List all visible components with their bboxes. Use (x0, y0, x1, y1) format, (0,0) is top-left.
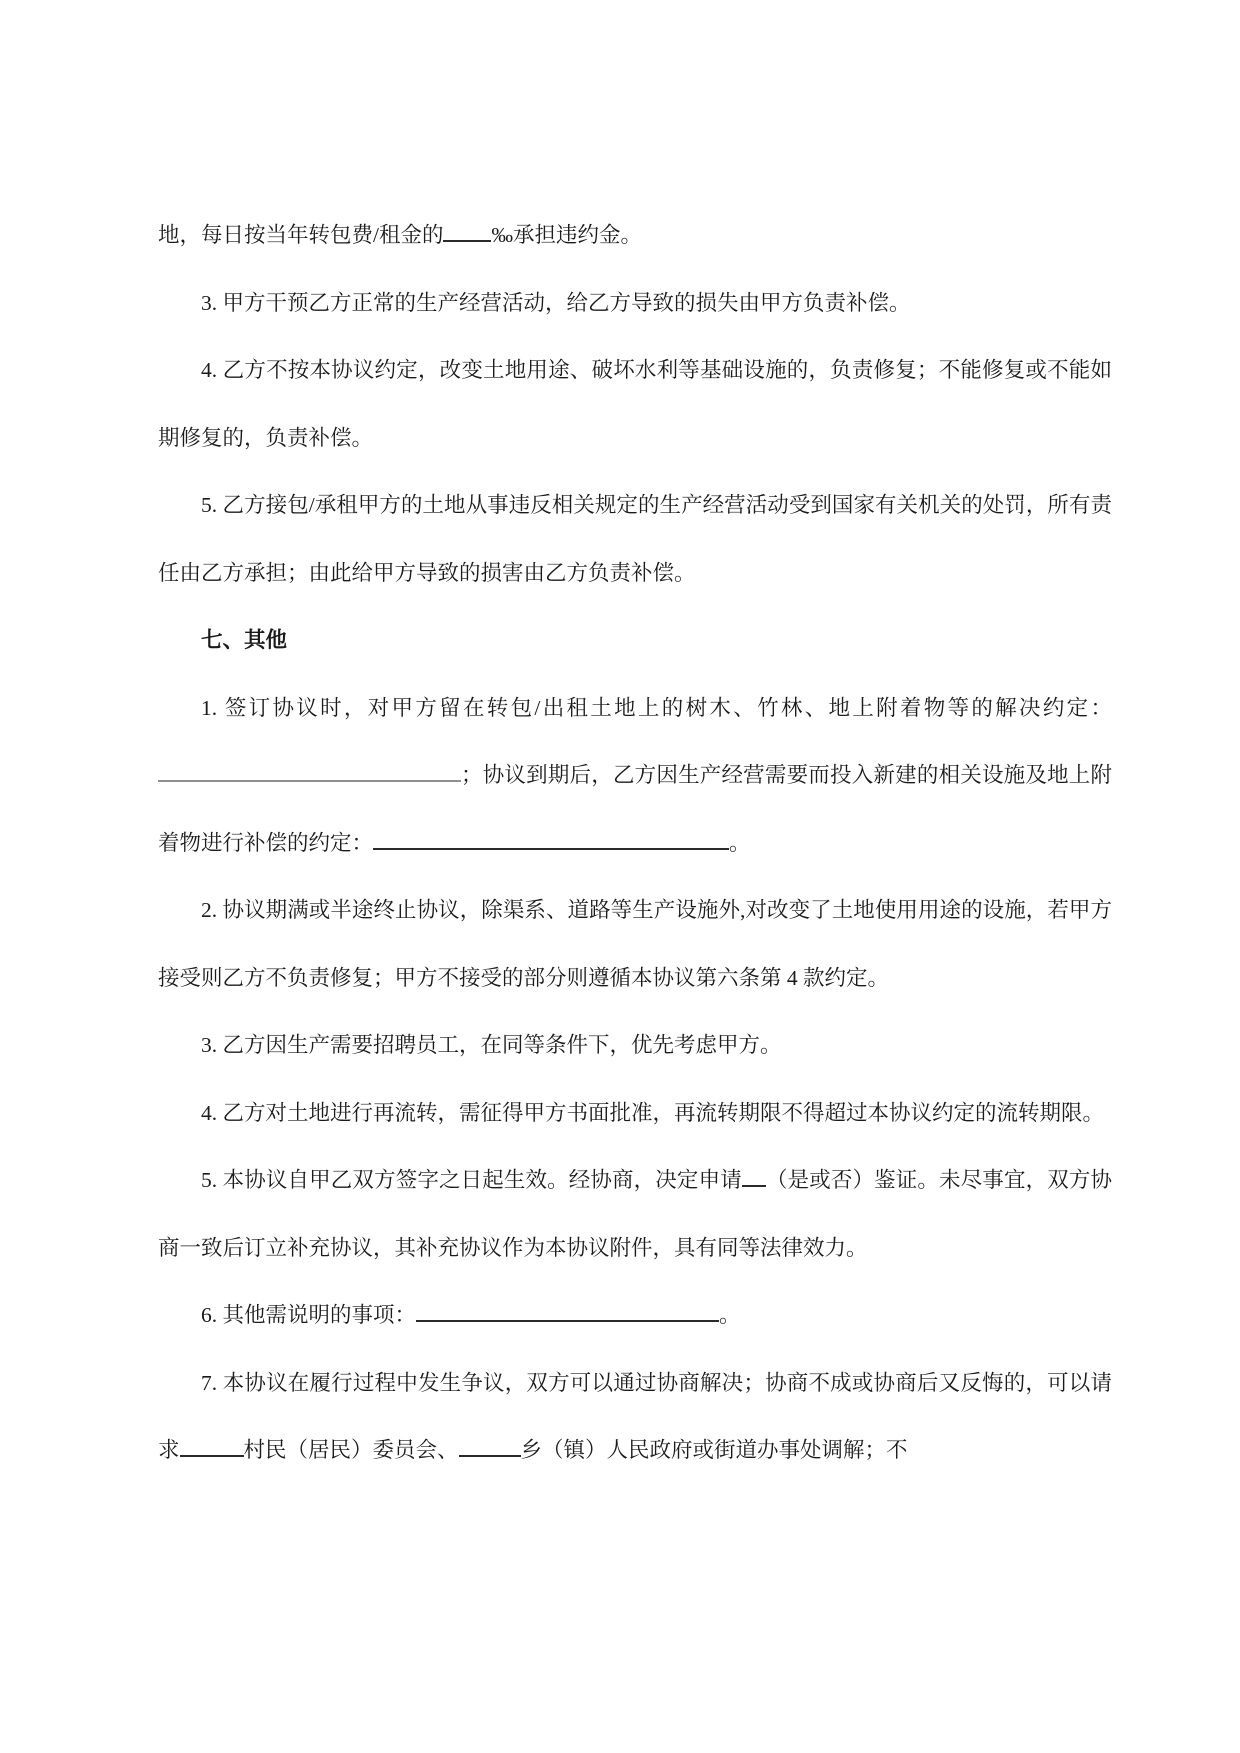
paragraph-s7-item1: 1. 签订协议时，对甲方留在转包/出租土地上的树木、竹林、地上附着物等的解决约定… (158, 675, 1112, 878)
text-run: 乡（镇）人民政府或街道办事处调解；不 (521, 1438, 908, 1462)
text-run: 村民（居民）委员会、 (244, 1438, 459, 1462)
paragraph-s7-item6: 6. 其他需说明的事项：。 (158, 1282, 1112, 1350)
paragraph-clause6-item4: 4. 乙方不按本协议约定，改变土地用途、破坏水利等基础设施的，负责修复；不能修复… (158, 337, 1112, 472)
blank-field-attachment-agreement (158, 778, 461, 782)
document-page: 地，每日按当年转包费/租金的‰承担违约金。 3. 甲方干预乙方正常的生产经营活动… (0, 0, 1240, 1753)
text-run: 1. 签订协议时，对甲方留在转包/出租土地上的树木、竹林、地上附着物等的解决约定… (201, 696, 1112, 720)
text-run: 。 (729, 831, 751, 855)
blank-field-notarize-yes-no (742, 1183, 766, 1187)
blank-field-township-government (459, 1453, 521, 1457)
paragraph-penalty-continuation: 地，每日按当年转包费/租金的‰承担违约金。 (158, 202, 1112, 270)
paragraph-clause6-item5: 5. 乙方接包/承租甲方的土地从事违反相关规定的生产经营活动受到国家有关机关的处… (158, 472, 1112, 607)
paragraph-s7-item3: 3. 乙方因生产需要招聘员工，在同等条件下，优先考虑甲方。 (158, 1012, 1112, 1080)
paragraph-s7-item5: 5. 本协议自甲乙双方签字之日起生效。经协商，决定申请（是或否）鉴证。未尽事宜，… (158, 1147, 1112, 1282)
paragraph-clause6-item3: 3. 甲方干预乙方正常的生产经营活动，给乙方导致的损失由甲方负责补偿。 (158, 270, 1112, 338)
text-run: 6. 其他需说明的事项： (201, 1303, 416, 1327)
blank-field-compensation-agreement (373, 846, 729, 850)
text-run: ；协议到期后，乙方因生产经营需要而投入新建的相关设施及地上附着物进行补偿的约定： (158, 763, 1112, 855)
paragraph-s7-item7: 7. 本协议在履行过程中发生争议，双方可以通过协商解决；协商不成或协商后又反悔的… (158, 1350, 1112, 1485)
section-heading-others: 七、其他 (158, 607, 1112, 675)
text-run: 地，每日按当年转包费/租金的 (158, 223, 443, 247)
paragraph-s7-item4: 4. 乙方对土地进行再流转，需征得甲方书面批准，再流转期限不得超过本协议约定的流… (158, 1080, 1112, 1148)
text-run: ‰承担违约金。 (491, 223, 642, 247)
text-run: 。 (719, 1303, 741, 1327)
blank-field-other-matters (416, 1318, 719, 1322)
text-run: 5. 本协议自甲乙双方签字之日起生效。经协商，决定申请 (201, 1168, 742, 1192)
blank-field-village-committee (180, 1453, 244, 1457)
paragraph-s7-item2: 2. 协议期满或半途终止协议，除渠系、道路等生产设施外,对改变了土地使用用途的设… (158, 877, 1112, 1012)
blank-field-permille-rate (443, 238, 491, 242)
